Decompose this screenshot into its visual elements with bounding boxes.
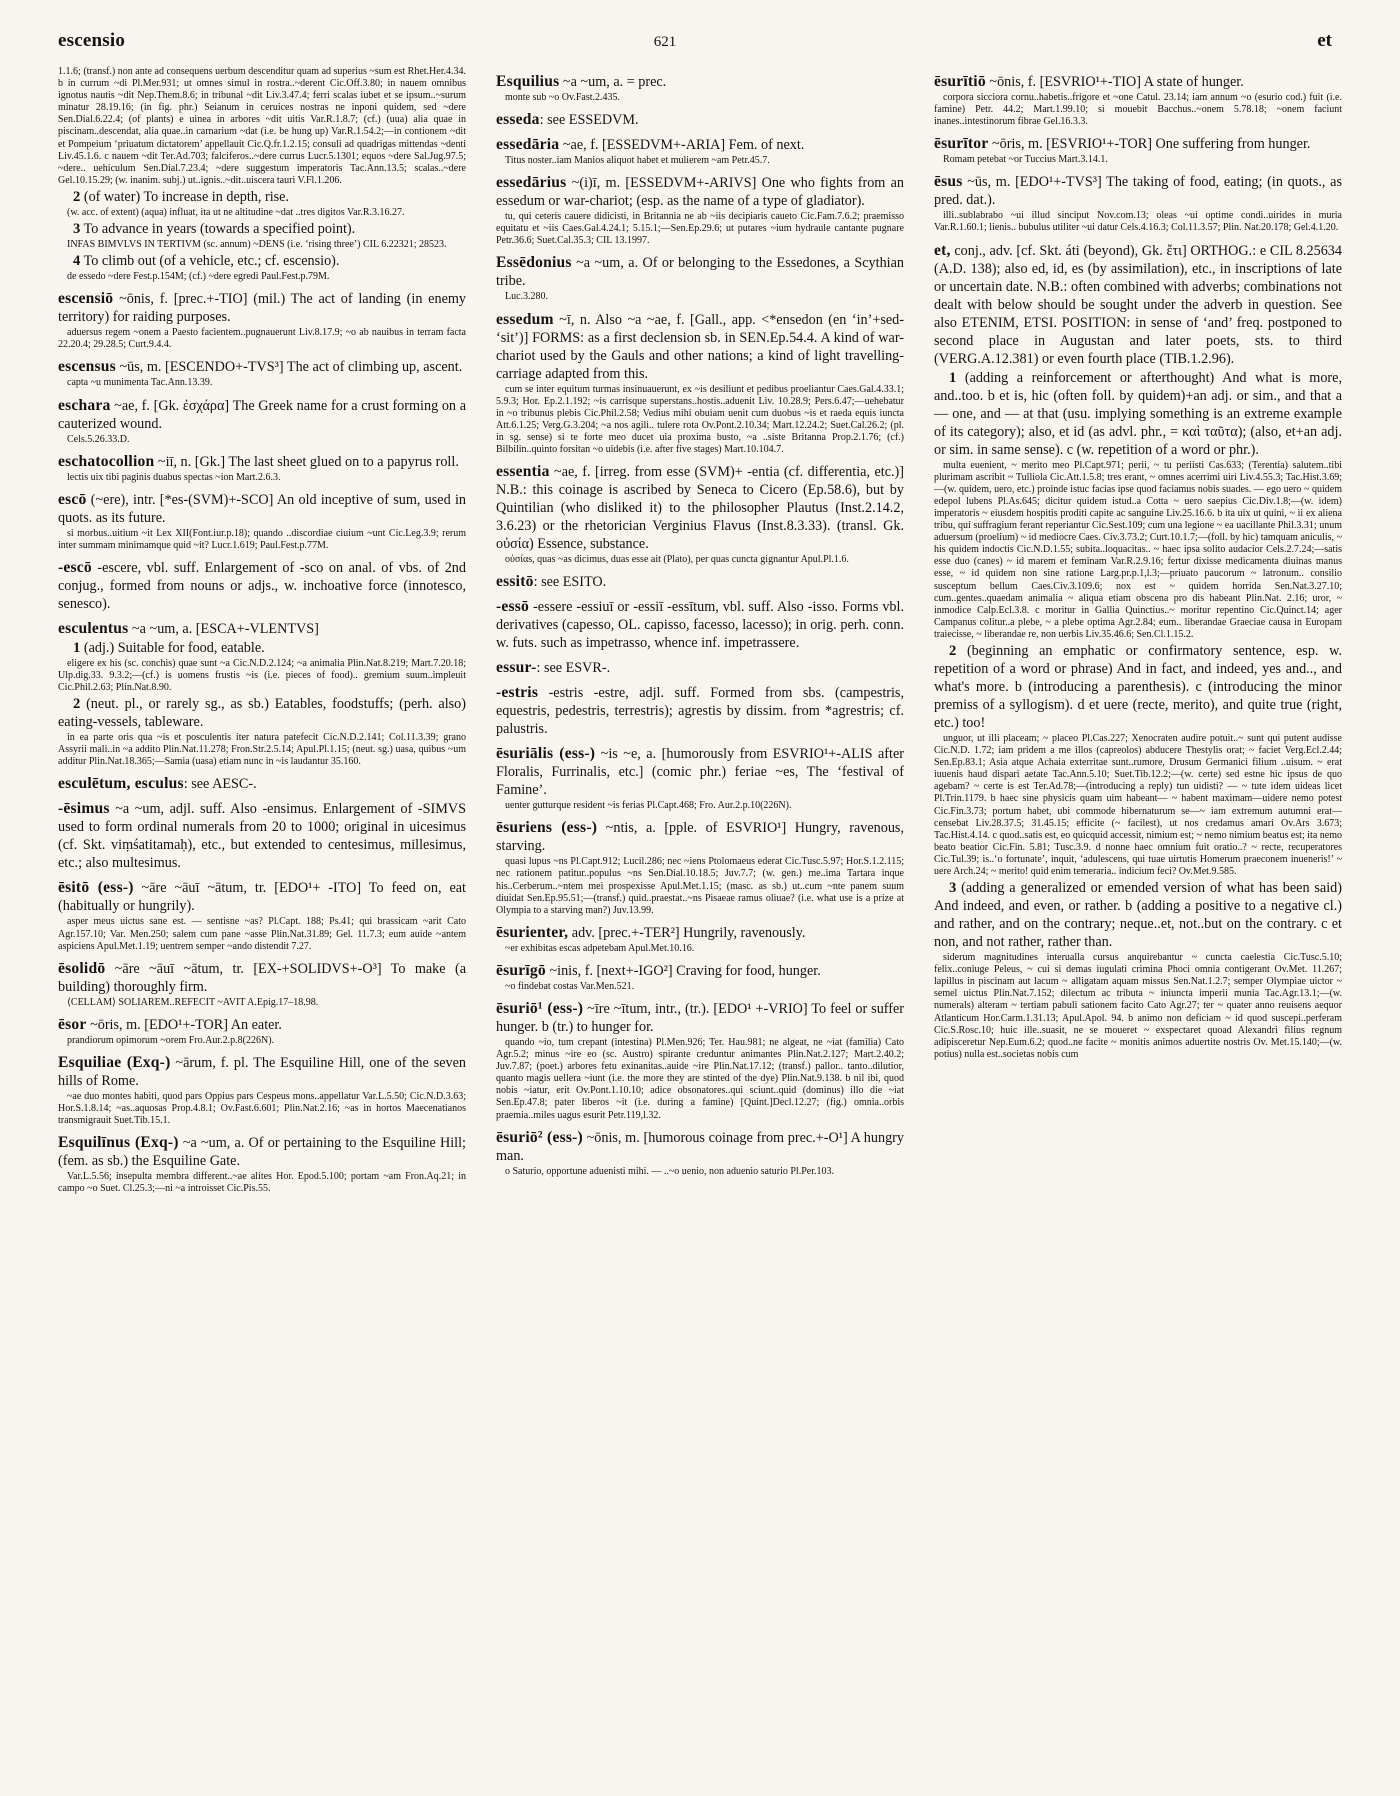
- dictionary-entry: ēsor ~ōris, m. [EDO¹+-TOR] An eater.: [58, 1016, 466, 1034]
- citation-block: Cels.5.26.33.D.: [58, 434, 466, 446]
- headword: ēsurītor: [934, 135, 988, 152]
- sense-paragraph: 2 (beginning an emphatic or confirmatory…: [934, 642, 1342, 732]
- dictionary-entry: escō (~ere), intr. [*es-(SVM)+-SCO] An o…: [58, 491, 466, 527]
- dictionary-page: escensio 621 et 1.1.6; (transf.) non ant…: [0, 0, 1400, 1796]
- dictionary-entry: ēsitō (ess-) ~āre ~āuī ~ātum, tr. [EDO¹+…: [58, 879, 466, 915]
- headword: ēsuriālis (ess-): [496, 745, 595, 762]
- dictionary-entry: -estris -estris -estre, adjl. suff. Form…: [496, 684, 904, 738]
- sense-number: 2: [949, 643, 956, 659]
- headword: ēsurītiō: [934, 73, 986, 90]
- running-head: escensio 621 et: [58, 30, 1350, 52]
- dictionary-entry: essitō: see ESITO.: [496, 573, 904, 591]
- running-head-right-catchword: et: [887, 30, 1350, 52]
- citation-block: uenter gutturque resident ~is ferias Pl.…: [496, 800, 904, 812]
- citation-block: quasi lupus ~ns Pl.Capt.912; Lucil.286; …: [496, 856, 904, 916]
- citation-block: Titus noster..iam Manios aliquot habet e…: [496, 155, 904, 167]
- citation-block: Luc.3.280.: [496, 291, 904, 303]
- sense-paragraph: 3 To advance in years (towards a specifi…: [58, 220, 466, 238]
- citation-block: corpora sicciora cornu..habetis..frigore…: [934, 92, 1342, 128]
- headword: eschatocollion: [58, 453, 154, 470]
- citation-block: asper meus uictus sane est. — sentisne ~…: [58, 916, 466, 952]
- dictionary-entry: ēsurītor ~ōris, m. [ESVRIO¹+-TOR] One su…: [934, 135, 1342, 153]
- headword: ēsus: [934, 173, 963, 190]
- dictionary-entry: esseda: see ESSEDVM.: [496, 111, 904, 129]
- headword: essur-: [496, 659, 536, 676]
- citation-block: cum se inter equitum turmas insinuauerun…: [496, 384, 904, 457]
- citation-block: unguor, ut illi placeam; ~ placeo Pl.Cas…: [934, 733, 1342, 878]
- dictionary-entry: essur-: see ESVR-.: [496, 659, 904, 677]
- dictionary-entry: essedum ~ī, n. Also ~a ~ae, f. [Gall., a…: [496, 311, 904, 383]
- dictionary-entry: Essēdonius ~a ~um, a. Of or belonging to…: [496, 254, 904, 290]
- dictionary-entry: escensiō ~ōnis, f. [prec.+-TIO] (mil.) T…: [58, 290, 466, 326]
- headword: essedārius: [496, 174, 566, 191]
- dictionary-entry: essentia ~ae, f. [irreg. from esse (SVM)…: [496, 463, 904, 553]
- headword: -estris: [496, 684, 538, 701]
- sense-number: 1: [73, 640, 80, 656]
- dictionary-entry: essedāria ~ae, f. [ESSEDVM+-ARIA] Fem. o…: [496, 136, 904, 154]
- dictionary-entry: ēsus ~ūs, m. [EDO¹+-TVS³] The taking of …: [934, 173, 1342, 209]
- sense-paragraph: 1 (adding a reinforcement or afterthough…: [934, 369, 1342, 459]
- headword: escensiō: [58, 290, 113, 307]
- headword: ēsolidō: [58, 960, 105, 977]
- headword: eschara: [58, 397, 111, 414]
- headword: ēsurīgō: [496, 962, 546, 979]
- running-head-left-catchword: escensio: [58, 30, 503, 52]
- dictionary-entry: -escō -escere, vbl. suff. Enlargement of…: [58, 559, 466, 613]
- headword: -ēsimus: [58, 800, 110, 817]
- headword: escensus: [58, 358, 116, 375]
- dictionary-entry: -essō -essere -essiuī or -essiī -essītum…: [496, 598, 904, 652]
- headword: ēsitō (ess-): [58, 879, 134, 896]
- headword: et,: [934, 242, 951, 259]
- dictionary-entry: eschatocollion ~iī, n. [Gk.] The last sh…: [58, 453, 466, 471]
- dictionary-entry: ēsuriālis (ess-) ~is ~e, a. [humorously …: [496, 745, 904, 799]
- sense-number: 4: [73, 253, 80, 269]
- citation-block: INFAS BIMVLVS IN TERTIVM (sc. annum) ~DE…: [58, 239, 466, 251]
- headword: -essō: [496, 598, 529, 615]
- headword: ēsuriō¹ (ess-): [496, 1000, 583, 1017]
- citation-block: si morbus..uitium ~it Lex XII(Font.iur.p…: [58, 528, 466, 552]
- headword: esculētum, esculus: [58, 775, 184, 792]
- sense-paragraph: 4 To climb out (of a vehicle, etc.; cf. …: [58, 252, 466, 270]
- dictionary-entry: -ēsimus ~a ~um, adjl. suff. Also -ensimu…: [58, 800, 466, 872]
- sense-number: 1: [949, 370, 956, 386]
- citation-block: o Saturio, opportune aduenisti mihi. — .…: [496, 1166, 904, 1178]
- headword: Esquiliae (Exq-): [58, 1054, 170, 1071]
- citation-block: prandiorum opimorum ~orem Fro.Aur.2.p.8(…: [58, 1035, 466, 1047]
- page-number: 621: [443, 34, 888, 51]
- dictionary-entry: ēsuriens (ess-) ~ntis, a. [pple. of ESVR…: [496, 819, 904, 855]
- citation-block: eligere ex his (sc. conchis) quae sunt ~…: [58, 658, 466, 694]
- sense-paragraph: 2 (of water) To increase in depth, rise.: [58, 188, 466, 206]
- citation-block: monte sub ~o Ov.Fast.2.435.: [496, 92, 904, 104]
- dictionary-entry: Esquiliae (Exq-) ~ārum, f. pl. The Esqui…: [58, 1054, 466, 1090]
- headword: essedum: [496, 311, 554, 328]
- citation-block: ~er exhibitas escas adpetebam Apul.Met.1…: [496, 943, 904, 955]
- citation-block: multa euenient, ~ merito meo Pl.Capt.971…: [934, 460, 1342, 641]
- headword: Essēdonius: [496, 254, 572, 271]
- headword: Esquilīnus (Exq-): [58, 1134, 179, 1151]
- sense-number: 2: [73, 696, 80, 712]
- column-3: ēsurītiō ~ōnis, f. [ESVRIO¹+-TIO] A stat…: [934, 66, 1342, 1061]
- dictionary-entry: et, conj., adv. [cf. Skt. áti (beyond), …: [934, 242, 1342, 368]
- citation-block: in ea parte oris qua ~is et posculentis …: [58, 732, 466, 768]
- headword: essentia: [496, 463, 550, 480]
- citation-block: ⟨CELLAM⟩ SOLIAREM..REFECIT ~AVIT A.Epig.…: [58, 997, 466, 1009]
- citation-block: tu, qui ceteris cauere didicisti, in Bri…: [496, 211, 904, 247]
- citation-block: quando ~io, tum crepant (intestina) Pl.M…: [496, 1037, 904, 1122]
- dictionary-entry: Esquilīnus (Exq-) ~a ~um, a. Of or perta…: [58, 1134, 466, 1170]
- headword: escō: [58, 491, 87, 508]
- headword: -escō: [58, 559, 92, 576]
- headword: esculentus: [58, 620, 128, 637]
- citation-block: siderum magnitudines interualla cursus a…: [934, 952, 1342, 1061]
- headword: Esquilius: [496, 73, 559, 90]
- citation-block: lectis uix tibi paginis duabus spectas ~…: [58, 472, 466, 484]
- citation-block: aduersus regem ~onem a Paesto facientem.…: [58, 327, 466, 351]
- headword: essitō: [496, 573, 534, 590]
- dictionary-entry: ēsurienter, adv. [prec.+-TER²] Hungrily,…: [496, 924, 904, 942]
- headword: essedāria: [496, 136, 559, 153]
- column-1: 1.1.6; (transf.) non ante ad consequens …: [58, 66, 466, 1195]
- sense-paragraph: 3 (adding a generalized or emended versi…: [934, 879, 1342, 951]
- headword: ēsurienter,: [496, 924, 568, 941]
- headword: ēsor: [58, 1016, 87, 1033]
- dictionary-entry: ēsuriō² (ess-) ~ōnis, m. [humorous coina…: [496, 1129, 904, 1165]
- dictionary-entry: ēsurītiō ~ōnis, f. [ESVRIO¹+-TIO] A stat…: [934, 73, 1342, 91]
- citation-block: illi..sublabrabo ~ui illud sinciput Nov.…: [934, 210, 1342, 234]
- citation-block: (w. acc. of extent) (aqua) influat, ita …: [58, 207, 466, 219]
- citation-block: οὐσίαs, quas ~as dicimus, duas esse ait …: [496, 554, 904, 566]
- dictionary-entry: Esquilius ~a ~um, a. = prec.: [496, 73, 904, 91]
- citation-block: Romam petebat ~or Tuccius Mart.3.14.1.: [934, 154, 1342, 166]
- dictionary-entry: ēsurīgō ~inis, f. [next+-IGO²] Craving f…: [496, 962, 904, 980]
- headword: esseda: [496, 111, 540, 128]
- columns: 1.1.6; (transf.) non ante ad consequens …: [58, 66, 1350, 1195]
- dictionary-entry: eschara ~ae, f. [Gk. ἐσχάρα] The Greek n…: [58, 397, 466, 433]
- citation-block: de essedo ~dere Fest.p.154M; (cf.) ~dere…: [58, 271, 466, 283]
- citation-block: capta ~u munimenta Tac.Ann.13.39.: [58, 377, 466, 389]
- dictionary-entry: ēsolidō ~āre ~āuī ~ātum, tr. [EX-+SOLIDV…: [58, 960, 466, 996]
- dictionary-entry: esculētum, esculus: see AESC-.: [58, 775, 466, 793]
- column-2: Esquilius ~a ~um, a. = prec.monte sub ~o…: [496, 66, 904, 1178]
- sense-number: 3: [73, 221, 80, 237]
- citation-block: Var.L.5.56; insepulta membra different..…: [58, 1171, 466, 1195]
- headword: ēsuriens (ess-): [496, 819, 597, 836]
- sense-number: 3: [949, 880, 956, 896]
- dictionary-entry: ēsuriō¹ (ess-) ~īre ~ītum, intr., (tr.).…: [496, 1000, 904, 1036]
- sense-paragraph: 1 (adj.) Suitable for food, eatable.: [58, 639, 466, 657]
- dictionary-entry: essedārius ~(i)ī, m. [ESSEDVM+-ARIVS] On…: [496, 174, 904, 210]
- sense-number: 2: [73, 189, 80, 205]
- headword: ēsuriō² (ess-): [496, 1129, 583, 1146]
- sense-paragraph: 2 (neut. pl., or rarely sg., as sb.) Eat…: [58, 695, 466, 731]
- continuation-text: 1.1.6; (transf.) non ante ad consequens …: [58, 66, 466, 187]
- dictionary-entry: esculentus ~a ~um, a. [ESCA+-VLENTVS]: [58, 620, 466, 638]
- citation-block: ~ae duo montes habiti, quod pars Oppius …: [58, 1091, 466, 1127]
- dictionary-entry: escensus ~ūs, m. [ESCENDO+-TVS³] The act…: [58, 358, 466, 376]
- citation-block: ~o findebat costas Var.Men.521.: [496, 981, 904, 993]
